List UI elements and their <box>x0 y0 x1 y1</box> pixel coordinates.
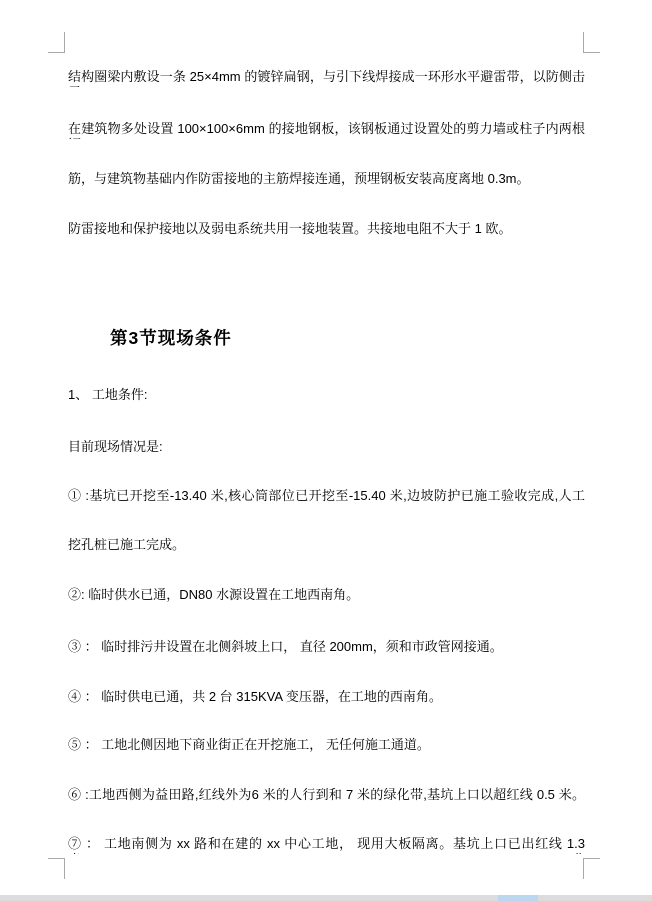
text-line: ⑦ ： 工地南侧为 xx 路和在建的 xx 中心工地， 现用大板隔离。基坑上口已… <box>68 836 585 854</box>
text-line: ②: 临时供水已通，DN80 水源设置在工地西南角。 <box>68 587 585 605</box>
text-line: 结构圈梁内敷设一条 25×4mm 的镀锌扁钢，与引下线焊接成一环形水平避雷带，以… <box>68 69 585 87</box>
text-line: ① :基坑已开挖至-13.40 米,核心筒部位已开挖至-15.40 米,边坡防护… <box>68 488 585 506</box>
horizontal-scrollbar[interactable] <box>0 895 652 901</box>
text-line: ⑤ ： 工地北侧因地下商业街正在开挖施工， 无任何施工通道。 <box>68 737 585 755</box>
text-line: 挖孔桩已施工完成。 <box>68 537 585 555</box>
section-heading: 第3节现场条件 <box>110 325 232 350</box>
text-line: ③ ： 临时排污井设置在北侧斜坡上口， 直径 200mm，须和市政管网接通。 <box>68 639 585 657</box>
margin-mark-top-right <box>583 32 600 53</box>
text-line: 目前现场情况是: <box>68 439 585 457</box>
document-page: 结构圈梁内敷设一条 25×4mm 的镀锌扁钢，与引下线焊接成一环形水平避雷带，以… <box>0 0 652 901</box>
text-line: 1、 工地条件: <box>68 387 585 405</box>
margin-mark-top-left <box>48 32 65 53</box>
text-line: 筋，与建筑物基础内作防雷接地的主筋焊接连通，预埋钢板安装高度离地 0.3m。 <box>68 171 585 189</box>
margin-mark-bottom-left <box>48 858 65 879</box>
horizontal-scrollbar-thumb[interactable] <box>498 895 538 901</box>
text-line: 防雷接地和保护接地以及弱电系统共用一接地装置。共接地电阻不大于 1 欧。 <box>68 221 585 239</box>
margin-mark-bottom-right <box>583 858 600 879</box>
text-line: ⑥ :工地西侧为益田路,红线外为6 米的人行到和 7 米的绿化带,基坑上口以超红… <box>68 787 585 805</box>
text-line: 在建筑物多处设置 100×100×6mm 的接地钢板，该钢板通过设置处的剪力墙或… <box>68 121 585 139</box>
text-line: ④ ： 临时供电已通，共 2 台 315KVA 变压器，在工地的西南角。 <box>68 689 585 707</box>
